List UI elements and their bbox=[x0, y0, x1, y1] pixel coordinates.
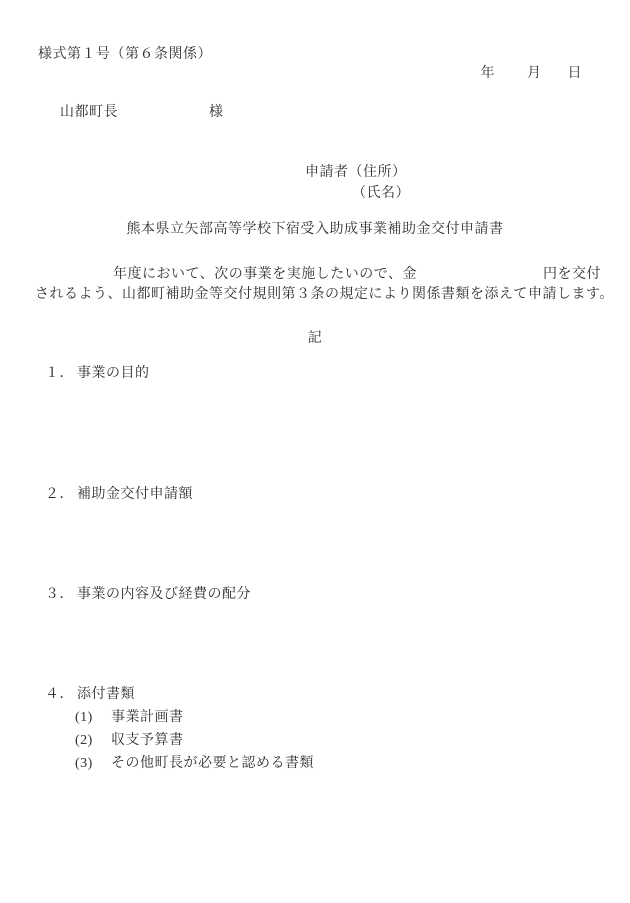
section-number: ４． bbox=[45, 685, 73, 705]
applicant-address-line: 申請者（住所） bbox=[305, 163, 407, 183]
addressee-line: 山都町長 様 bbox=[60, 103, 224, 123]
record-marker: 記 bbox=[0, 329, 630, 349]
document-title: 熊本県立矢部高等学校下宿受入助成事業補助金交付申請書 bbox=[0, 220, 630, 240]
attachment-label: その他町長が必要と認める書類 bbox=[111, 756, 314, 771]
body-line-1-after-blank: 円を交付 bbox=[543, 267, 601, 282]
section-purpose: １． 事業の目的 bbox=[45, 364, 150, 384]
date-year-label: 年 bbox=[481, 64, 496, 84]
applicant-name-line: （氏名） bbox=[352, 184, 410, 204]
attachment-label: 事業計画書 bbox=[111, 710, 184, 725]
attachment-item-other-documents: (3) その他町長が必要と認める書類 bbox=[75, 754, 314, 774]
form-number: 様式第１号（第６条関係） bbox=[38, 45, 212, 65]
attachment-label: 収支予算書 bbox=[111, 733, 184, 748]
attachment-number: (2) bbox=[75, 731, 107, 751]
addressee-honorific: 様 bbox=[209, 105, 224, 120]
section-number: １． bbox=[45, 364, 73, 384]
body-line-1: 年度において、次の事業を実施したいので、金 円を交付 bbox=[113, 265, 601, 285]
attachment-item-budget: (2) 収支予算書 bbox=[75, 731, 184, 751]
section-contents-expenses: ３． 事業の内容及び経費の配分 bbox=[45, 585, 251, 605]
body-line-2: されるよう、山都町補助金等交付規則第３条の規定により関係書類を添えて申請します。 bbox=[35, 285, 614, 305]
section-label: 添付書類 bbox=[77, 687, 135, 702]
section-number: ３． bbox=[45, 585, 73, 605]
section-label: 補助金交付申請額 bbox=[77, 487, 193, 502]
section-label: 事業の目的 bbox=[77, 366, 150, 381]
date-line: 年 月 日 bbox=[481, 64, 583, 84]
attachment-item-business-plan: (1) 事業計画書 bbox=[75, 708, 184, 728]
date-month-label: 月 bbox=[527, 64, 542, 84]
addressee-name: 山都町長 bbox=[60, 105, 118, 120]
date-day-label: 日 bbox=[568, 64, 583, 84]
body-line-1-before-blank: 年度において、次の事業を実施したいので、金 bbox=[113, 267, 417, 282]
attachment-number: (3) bbox=[75, 754, 107, 774]
section-subsidy-amount: ２． 補助金交付申請額 bbox=[45, 485, 193, 505]
section-number: ２． bbox=[45, 485, 73, 505]
section-attachments: ４． 添付書類 bbox=[45, 685, 135, 705]
application-form-page: 様式第１号（第６条関係） 年 月 日 山都町長 様 申請者（住所） （氏名） 熊… bbox=[0, 0, 630, 903]
attachment-number: (1) bbox=[75, 708, 107, 728]
section-label: 事業の内容及び経費の配分 bbox=[77, 587, 251, 602]
